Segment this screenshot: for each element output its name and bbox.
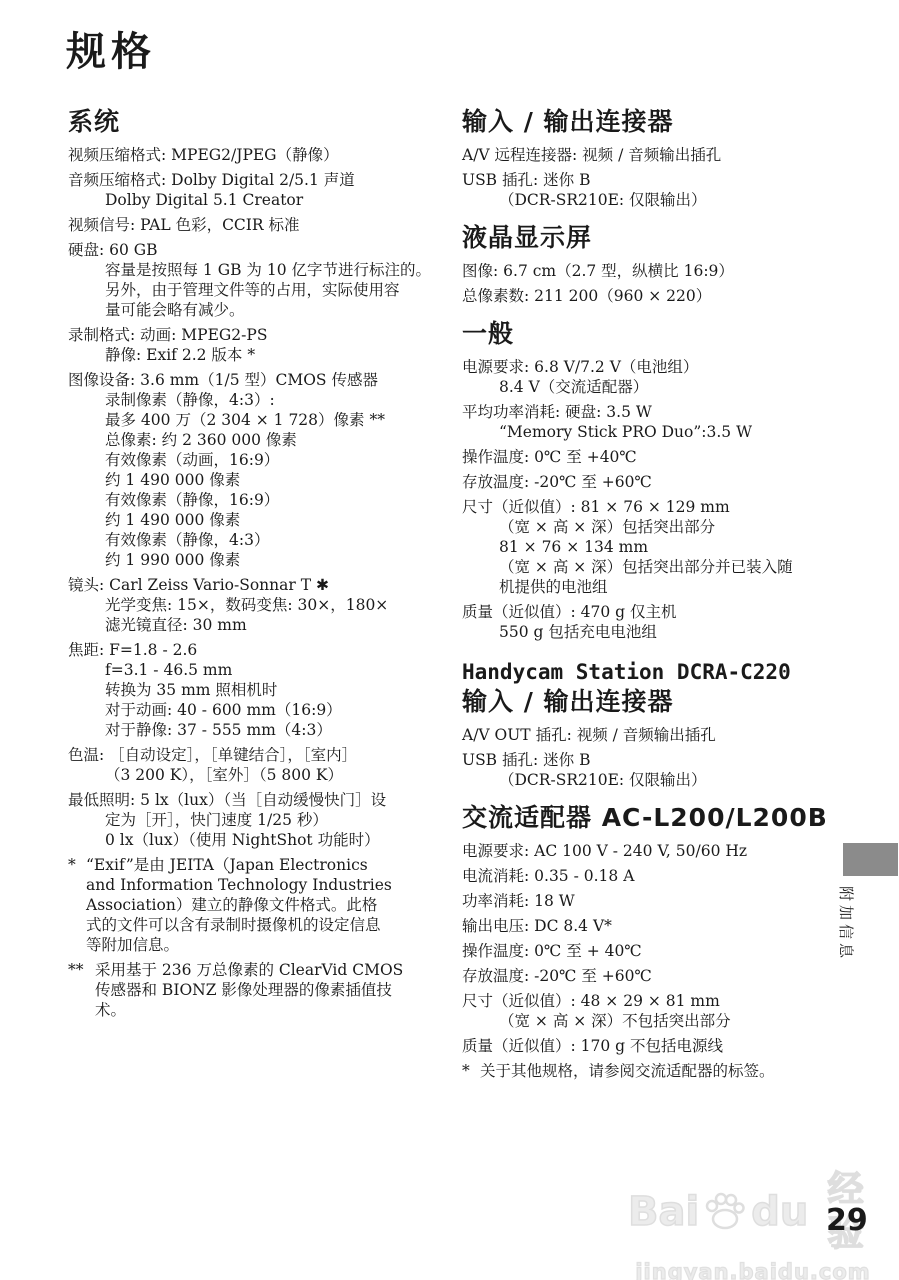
spec-line: 操作温度: 0℃ 至 + 40℃ bbox=[462, 941, 862, 961]
spec-line: （DCR-SR210E: 仅限输出） bbox=[462, 190, 862, 210]
spec-entry: 平均功率消耗: 硬盘: 3.5 W“Memory Stick PRO Duo”:… bbox=[462, 402, 862, 442]
paw-icon bbox=[704, 1191, 746, 1233]
spec-line: 约 1 990 000 像素 bbox=[68, 550, 468, 570]
spec-line: 存放温度: -20℃ 至 +60℃ bbox=[462, 966, 862, 986]
watermark-url: jingyan.baidu.com bbox=[628, 1260, 878, 1280]
spec-footnote: *关于其他规格，请参阅交流适配器的标签。 bbox=[462, 1061, 862, 1081]
section-heading: 输入 / 输出连接器 bbox=[462, 112, 862, 132]
section-heading: 输入 / 输出连接器 bbox=[462, 692, 862, 712]
spec-line: 焦距: F=1.8 - 2.6 bbox=[68, 640, 468, 660]
spec-line: “Exif”是由 JEITA（Japan Electronics bbox=[86, 855, 468, 875]
spec-line: USB 插孔: 迷你 B bbox=[462, 170, 862, 190]
spec-line: Association）建立的静像文件格式。此格 bbox=[86, 895, 468, 915]
spec-line: 81 × 76 × 134 mm bbox=[462, 537, 862, 557]
section-heading: 系统 bbox=[68, 112, 468, 132]
spec-entry: 操作温度: 0℃ 至 +40℃ bbox=[462, 447, 862, 467]
spec-entry: 录制格式: 动画: MPEG2-PS静像: Exif 2.2 版本 * bbox=[68, 325, 468, 365]
spec-line: 尺寸（近似值）: 81 × 76 × 129 mm bbox=[462, 497, 862, 517]
spec-entry: A/V OUT 插孔: 视频 / 音频输出插孔 bbox=[462, 725, 862, 745]
spec-line: 录制格式: 动画: MPEG2-PS bbox=[68, 325, 468, 345]
spec-line: 硬盘: 60 GB bbox=[68, 240, 468, 260]
spec-entry: 色温: ［自动设定］，［单键结合］，［室内］（3 200 K），［室外］（5 8… bbox=[68, 745, 468, 785]
spec-entry: 尺寸（近似值）: 48 × 29 × 81 mm（宽 × 高 × 深）不包括突出… bbox=[462, 991, 862, 1031]
spec-entry: 存放温度: -20℃ 至 +60℃ bbox=[462, 472, 862, 492]
spec-line: 容量是按照每 1 GB 为 10 亿字节进行标注的。 bbox=[68, 260, 468, 280]
spec-line: 平均功率消耗: 硬盘: 3.5 W bbox=[462, 402, 862, 422]
spec-line: （宽 × 高 × 深）不包括突出部分 bbox=[462, 1011, 862, 1031]
spec-line: 录制像素（静像，4:3）: bbox=[68, 390, 468, 410]
spec-entry: 最低照明: 5 lx（lux）（当［自动缓慢快门］设定为［开］，快门速度 1/2… bbox=[68, 790, 468, 850]
spec-line: 有效像素（静像，16:9） bbox=[68, 490, 468, 510]
spec-line: 输出电压: DC 8.4 V* bbox=[462, 916, 862, 936]
spec-line: Dolby Digital 5.1 Creator bbox=[68, 190, 468, 210]
spec-entry: 电流消耗: 0.35 - 0.18 A bbox=[462, 866, 862, 886]
spec-line: 镜头: Carl Zeiss Vario-Sonnar T ✱ bbox=[68, 575, 468, 595]
spec-entry: 电源要求: AC 100 V - 240 V, 50/60 Hz bbox=[462, 841, 862, 861]
spec-line: 传感器和 BIONZ 影像处理器的像素插值技 bbox=[95, 980, 468, 1000]
left-column: 系统 视频压缩格式: MPEG2/JPEG（静像）音频压缩格式: Dolby D… bbox=[68, 112, 468, 1025]
spec-line: 存放温度: -20℃ 至 +60℃ bbox=[462, 472, 862, 492]
spec-entry: 图像: 6.7 cm（2.7 型，纵横比 16:9） bbox=[462, 261, 862, 281]
spec-line: “Memory Stick PRO Duo”:3.5 W bbox=[462, 422, 862, 442]
spec-line: 另外，由于管理文件等的占用，实际使用容 bbox=[68, 280, 468, 300]
spec-line: 功率消耗: 18 W bbox=[462, 891, 862, 911]
side-tab-label: 附加信息 bbox=[836, 886, 857, 962]
spec-line: 最多 400 万（2 304 × 1 728）像素 ** bbox=[68, 410, 468, 430]
spec-entry: 音频压缩格式: Dolby Digital 2/5.1 声道Dolby Digi… bbox=[68, 170, 468, 210]
spec-entry: 质量（近似值）: 470 g 仅主机550 g 包括充电电池组 bbox=[462, 602, 862, 642]
section-heading: 一般 bbox=[462, 324, 862, 344]
spec-line: 术。 bbox=[95, 1000, 468, 1020]
spec-line: 550 g 包括充电电池组 bbox=[462, 622, 862, 642]
spec-line: 对于静像: 37 - 555 mm（4:3） bbox=[68, 720, 468, 740]
spec-line: 对于动画: 40 - 600 mm（16:9） bbox=[68, 700, 468, 720]
spec-line: 滤光镜直径: 30 mm bbox=[68, 615, 468, 635]
spec-entry: 视频压缩格式: MPEG2/JPEG（静像） bbox=[68, 145, 468, 165]
spec-line: 0 lx（lux）（使用 NightShot 功能时） bbox=[68, 830, 468, 850]
page-number: 29 bbox=[826, 1205, 868, 1237]
spec-line: 图像设备: 3.6 mm（1/5 型）CMOS 传感器 bbox=[68, 370, 468, 390]
right-column: 输入 / 输出连接器A/V 远程连接器: 视频 / 音频输出插孔USB 插孔: … bbox=[462, 112, 862, 1086]
spec-line: 尺寸（近似值）: 48 × 29 × 81 mm bbox=[462, 991, 862, 1011]
spec-entry: 焦距: F=1.8 - 2.6f=3.1 - 46.5 mm转换为 35 mm … bbox=[68, 640, 468, 740]
spec-entry: 质量（近似值）: 170 g 不包括电源线 bbox=[462, 1036, 862, 1056]
spec-entry: 总像素数: 211 200（960 × 220） bbox=[462, 286, 862, 306]
spec-line: 等附加信息。 bbox=[86, 935, 468, 955]
spec-footnote: **采用基于 236 万总像素的 ClearVid CMOS传感器和 BIONZ… bbox=[68, 960, 468, 1020]
spec-line: （3 200 K），［室外］（5 800 K） bbox=[68, 765, 468, 785]
spec-line: 总像素: 约 2 360 000 像素 bbox=[68, 430, 468, 450]
spec-entry: USB 插孔: 迷你 B（DCR-SR210E: 仅限输出） bbox=[462, 750, 862, 790]
spec-line: 视频压缩格式: MPEG2/JPEG（静像） bbox=[68, 145, 468, 165]
spec-line: 图像: 6.7 cm（2.7 型，纵横比 16:9） bbox=[462, 261, 862, 281]
spec-entry: 操作温度: 0℃ 至 + 40℃ bbox=[462, 941, 862, 961]
spec-line: USB 插孔: 迷你 B bbox=[462, 750, 862, 770]
spec-line: 电源要求: 6.8 V/7.2 V（电池组） bbox=[462, 357, 862, 377]
footnote-marker: ** bbox=[68, 960, 84, 980]
spec-line: and Information Technology Industries bbox=[86, 875, 468, 895]
spec-line: （宽 × 高 × 深）包括突出部分 bbox=[462, 517, 862, 537]
spec-entry: 图像设备: 3.6 mm（1/5 型）CMOS 传感器录制像素（静像，4:3）:… bbox=[68, 370, 468, 570]
spec-line: 约 1 490 000 像素 bbox=[68, 510, 468, 530]
spec-line: 静像: Exif 2.2 版本 * bbox=[68, 345, 468, 365]
spec-line: 光学变焦: 15×，数码变焦: 30×，180× bbox=[68, 595, 468, 615]
spec-line: f=3.1 - 46.5 mm bbox=[68, 660, 468, 680]
spec-entry: 尺寸（近似值）: 81 × 76 × 129 mm（宽 × 高 × 深）包括突出… bbox=[462, 497, 862, 597]
section-heading: 液晶显示屏 bbox=[462, 228, 862, 248]
spec-line: 视频信号: PAL 色彩，CCIR 标准 bbox=[68, 215, 468, 235]
spec-list: 视频压缩格式: MPEG2/JPEG（静像）音频压缩格式: Dolby Digi… bbox=[68, 145, 468, 1020]
spec-line: A/V OUT 插孔: 视频 / 音频输出插孔 bbox=[462, 725, 862, 745]
footnote-marker: * bbox=[68, 855, 76, 875]
spec-line: 色温: ［自动设定］，［单键结合］，［室内］ bbox=[68, 745, 468, 765]
spec-entry: 存放温度: -20℃ 至 +60℃ bbox=[462, 966, 862, 986]
spec-line: 有效像素（静像，4:3） bbox=[68, 530, 468, 550]
spec-line: 采用基于 236 万总像素的 ClearVid CMOS bbox=[95, 960, 468, 980]
spec-line: （DCR-SR210E: 仅限输出） bbox=[462, 770, 862, 790]
spec-entry: 镜头: Carl Zeiss Vario-Sonnar T ✱光学变焦: 15×… bbox=[68, 575, 468, 635]
spec-footnote: *“Exif”是由 JEITA（Japan Electronicsand Inf… bbox=[68, 855, 468, 955]
spec-line: 约 1 490 000 像素 bbox=[68, 470, 468, 490]
spec-line: 质量（近似值）: 170 g 不包括电源线 bbox=[462, 1036, 862, 1056]
spec-line: 操作温度: 0℃ 至 +40℃ bbox=[462, 447, 862, 467]
spec-entry: 输出电压: DC 8.4 V* bbox=[462, 916, 862, 936]
spec-line: 电流消耗: 0.35 - 0.18 A bbox=[462, 866, 862, 886]
spec-line: （宽 × 高 × 深）包括突出部分并已装入随 bbox=[462, 557, 862, 577]
spec-line: A/V 远程连接器: 视频 / 音频输出插孔 bbox=[462, 145, 862, 165]
spec-entry: 功率消耗: 18 W bbox=[462, 891, 862, 911]
spec-line: 最低照明: 5 lx（lux）（当［自动缓慢快门］设 bbox=[68, 790, 468, 810]
spec-line: 定为［开］，快门速度 1/25 秒） bbox=[68, 810, 468, 830]
spec-line: 音频压缩格式: Dolby Digital 2/5.1 声道 bbox=[68, 170, 468, 190]
baidu-logo-text-1: Bai bbox=[628, 1190, 699, 1234]
spec-entry: USB 插孔: 迷你 B（DCR-SR210E: 仅限输出） bbox=[462, 170, 862, 210]
footnote-marker: * bbox=[462, 1061, 470, 1081]
spec-line: 式的文件可以含有录制时摄像机的设定信息 bbox=[86, 915, 468, 935]
spec-entry: 视频信号: PAL 色彩，CCIR 标准 bbox=[68, 215, 468, 235]
spec-entry: 硬盘: 60 GB容量是按照每 1 GB 为 10 亿字节进行标注的。另外，由于… bbox=[68, 240, 468, 320]
spec-line: 转换为 35 mm 照相机时 bbox=[68, 680, 468, 700]
spec-line: 质量（近似值）: 470 g 仅主机 bbox=[462, 602, 862, 622]
spec-line: 机提供的电池组 bbox=[462, 577, 862, 597]
product-subheading: Handycam Station DCRA-C220 bbox=[462, 662, 862, 682]
spec-entry: A/V 远程连接器: 视频 / 音频输出插孔 bbox=[462, 145, 862, 165]
spec-line: 电源要求: AC 100 V - 240 V, 50/60 Hz bbox=[462, 841, 862, 861]
page-title: 规格 bbox=[66, 20, 156, 77]
spec-line: 8.4 V（交流适配器） bbox=[462, 377, 862, 397]
spec-line: 关于其他规格，请参阅交流适配器的标签。 bbox=[480, 1061, 862, 1081]
section-heading: 交流适配器 AC-L200/L200B bbox=[462, 808, 862, 828]
spec-line: 总像素数: 211 200（960 × 220） bbox=[462, 286, 862, 306]
spec-line: 有效像素（动画，16:9） bbox=[68, 450, 468, 470]
baidu-logo-text-2: du bbox=[751, 1190, 808, 1234]
spec-entry: 电源要求: 6.8 V/7.2 V（电池组）8.4 V（交流适配器） bbox=[462, 357, 862, 397]
spec-line: 量可能会略有减少。 bbox=[68, 300, 468, 320]
